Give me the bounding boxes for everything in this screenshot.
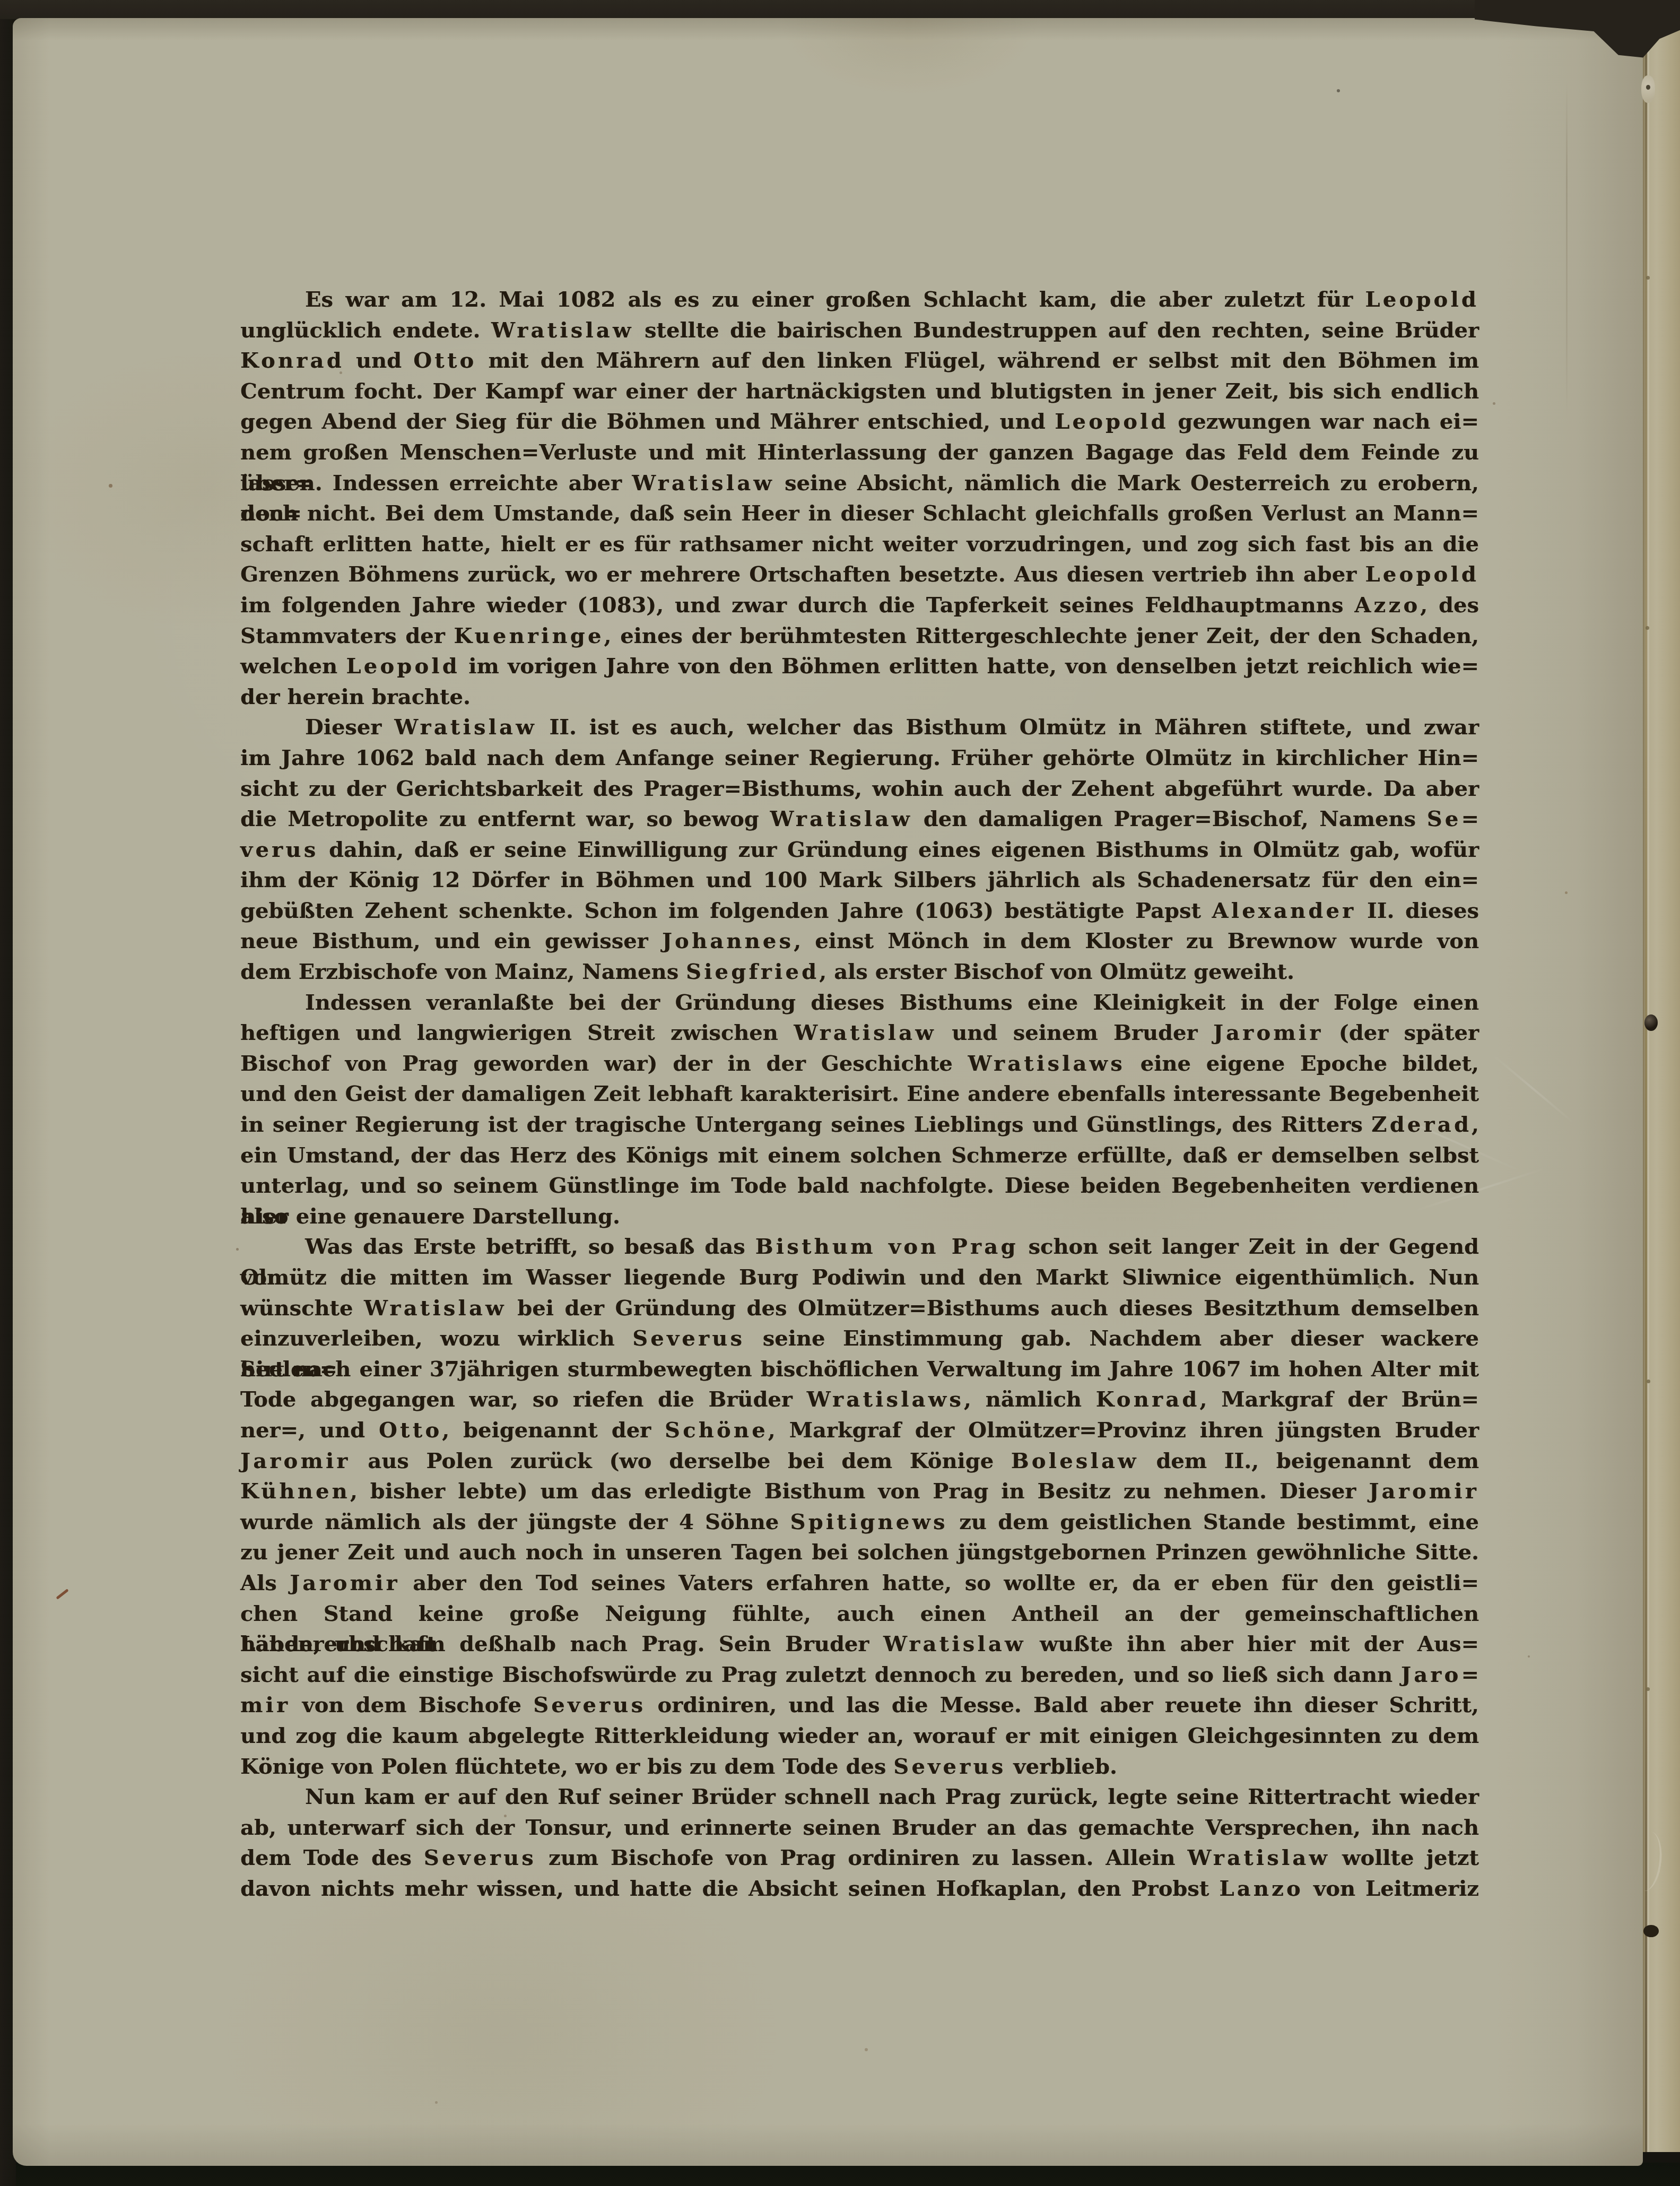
text-line: Grenzen Böhmens zurück, wo er mehrere Or… (240, 559, 1479, 590)
text-line: ner=, und Otto, beigenannt der Schöne, M… (240, 1415, 1479, 1446)
text-line: in seiner Regierung ist der tragische Un… (240, 1109, 1479, 1140)
text-line: mir von dem Bischofe Severus ordiniren, … (240, 1690, 1479, 1721)
text-line: Jaromir aus Polen zurück (wo derselbe be… (240, 1446, 1479, 1477)
spaced-proper-name: Wratislaw (394, 715, 537, 740)
text-line: im Jahre 1062 bald nach dem Anfange sein… (240, 743, 1479, 774)
text-line: Nun kam er auf den Ruf seiner Brüder sch… (240, 1782, 1479, 1812)
spaced-proper-name: Severus (893, 1754, 1006, 1779)
spaced-proper-name: Konrad (1096, 1387, 1200, 1412)
spaced-proper-name: Schöne (665, 1418, 768, 1443)
paragraph: Es war am 12. Mai 1082 als es zu einer g… (240, 284, 1479, 712)
text-line: Dieser Wratislaw II. ist es auch, welche… (240, 712, 1479, 743)
text-line: heftigen und langwierigen Streit zwische… (240, 1018, 1479, 1048)
text-line: schaft erlitten hatte, hielt er es für r… (240, 529, 1479, 560)
text-line: ab, unterwarf sich der Tonsur, und erinn… (240, 1812, 1479, 1843)
text-line: unglücklich endete. Wratislaw stellte di… (240, 315, 1479, 346)
text-line: Bischof von Prag geworden war) der in de… (240, 1048, 1479, 1079)
text-line: nem großen Menschen=Verluste und mit Hin… (240, 437, 1479, 468)
text-line: hirt nach einer 37jährigen sturmbewegten… (240, 1354, 1479, 1385)
text-line: ihm der König 12 Dörfer in Böhmen und 10… (240, 865, 1479, 896)
text-line: Stammvaters der Kuenringe, eines der ber… (240, 621, 1479, 652)
paper-crease (1566, 80, 1568, 419)
text-line: einzuverleiben, wozu wirklich Severus se… (240, 1323, 1479, 1354)
spaced-proper-name: Kuenringe (454, 623, 604, 648)
spaced-proper-name: Leopold (1365, 562, 1479, 587)
spaced-proper-name: Wratislaws (807, 1387, 964, 1412)
spaced-proper-name: Leopold (1365, 287, 1479, 312)
spaced-proper-name: Wratislaw (770, 806, 912, 831)
text-line: Könige von Polen flüchtete, wo er bis zu… (240, 1751, 1479, 1782)
text-line: Kühnen, bisher lebte) um das erledigte B… (240, 1476, 1479, 1507)
spaced-proper-name: Jaromir (240, 1448, 351, 1473)
paragraph: Dieser Wratislaw II. ist es auch, welche… (240, 712, 1479, 987)
text-line: Centrum focht. Der Kampf war einer der h… (240, 376, 1479, 407)
sewing-hole (1646, 1687, 1650, 1691)
text-line: die Metropolite zu entfernt war, so bewo… (240, 804, 1479, 835)
text-line: lassen. Indessen erreichte aber Wratisla… (240, 468, 1479, 499)
text-line: wurde nämlich als der jüngste der 4 Söhn… (240, 1507, 1479, 1538)
spaced-proper-name: Wratislaw (794, 1020, 936, 1045)
spaced-proper-name: Konrad (240, 348, 344, 373)
foxing-speck (1493, 402, 1495, 405)
text-line: und den Geist der damaligen Zeit lebhaft… (240, 1079, 1479, 1109)
scanned-book-page: Es war am 12. Mai 1082 als es zu einer g… (0, 0, 1680, 2186)
text-line: und zog die kaum abgelegte Ritterkleidun… (240, 1721, 1479, 1751)
text-line: Konrad und Otto mit den Mährern auf den … (240, 345, 1479, 376)
text-line: dem Erzbischofe von Mainz, Namens Siegfr… (240, 957, 1479, 987)
text-line: Es war am 12. Mai 1082 als es zu einer g… (240, 284, 1479, 315)
text-line: Olmütz die mitten im Wasser liegende Bur… (240, 1262, 1479, 1293)
spaced-proper-name: Lanzo (1219, 1876, 1303, 1901)
spaced-proper-name: Wratislaw (1187, 1845, 1330, 1870)
text-line: Als Jaromir aber den Tod seines Vaters e… (240, 1568, 1479, 1599)
spaced-proper-name: Johannes (662, 929, 794, 953)
spaced-proper-name: Jaromir (1369, 1479, 1479, 1504)
paragraph: Indessen veranlaßte bei der Gründung die… (240, 987, 1479, 1232)
spaced-proper-name: Bisthum von Prag (755, 1234, 1019, 1259)
text-line: dem Tode des Severus zum Bischofe von Pr… (240, 1843, 1479, 1873)
page-text-block: Es war am 12. Mai 1082 als es zu einer g… (240, 284, 1479, 1904)
spaced-proper-name: mir (240, 1693, 290, 1717)
spaced-proper-name: Wratislaw (491, 318, 634, 343)
text-line: im folgenden Jahre wieder (1083), und zw… (240, 590, 1479, 621)
spaced-proper-name: Boleslaw (1011, 1448, 1139, 1473)
spaced-proper-name: Se (1427, 806, 1461, 831)
ink-speck (1337, 89, 1340, 92)
text-line: wünschte Wratislaw bei der Gründung des … (240, 1293, 1479, 1324)
text-line: unterlag, und so seinem Günstlinge im To… (240, 1170, 1479, 1201)
spaced-proper-name: Siegfried (686, 959, 819, 984)
spaced-proper-name: Wratislaws (968, 1051, 1125, 1076)
foxing-speck (435, 2101, 438, 2104)
text-line: noch nicht. Bei dem Umstande, daß sein H… (240, 498, 1479, 529)
text-line: welchen Leopold im vorigen Jahre von den… (240, 651, 1479, 682)
text-line: ein Umstand, der das Herz des Königs mit… (240, 1140, 1479, 1171)
foxing-speck (1565, 891, 1568, 894)
spaced-proper-name: Otto (379, 1418, 442, 1443)
sewing-hole (1646, 626, 1649, 630)
text-line: zu jener Zeit und auch noch in unseren T… (240, 1537, 1479, 1568)
text-line: davon nichts mehr wissen, und hatte die … (240, 1873, 1479, 1904)
spaced-proper-name: Severus (632, 1326, 745, 1351)
text-line: gegen Abend der Sieg für die Böhmen und … (240, 406, 1479, 437)
spaced-proper-name: Jaro (1401, 1662, 1461, 1687)
spaced-proper-name: Jaromir (1213, 1020, 1324, 1045)
spaced-proper-name: Jaromir (290, 1571, 400, 1595)
spaced-proper-name: Severus (424, 1845, 536, 1870)
foxing-speck (865, 2048, 868, 2051)
paragraph: Nun kam er auf den Ruf seiner Brüder sch… (240, 1782, 1479, 1904)
spaced-proper-name: Zderad (1371, 1112, 1472, 1137)
spaced-proper-name: Spitignews (790, 1510, 948, 1534)
text-line: neue Bisthum, und ein gewisser Johannes,… (240, 926, 1479, 957)
text-line: sicht zu der Gerichtsbarkeit des Prager=… (240, 774, 1479, 804)
foxing-speck (109, 484, 112, 488)
spaced-proper-name: verus (240, 837, 318, 862)
text-line: sicht auf die einstige Bischofswürde zu … (240, 1660, 1479, 1690)
binding-thread-knot (1641, 75, 1655, 103)
foxing-speck (1528, 1655, 1530, 1658)
spaced-proper-name: Wratislaw (883, 1632, 1026, 1656)
spaced-proper-name: Leopold (346, 654, 459, 679)
text-line: Indessen veranlaßte bei der Gründung die… (240, 987, 1479, 1018)
sewing-hole (1646, 276, 1650, 280)
text-line: der herein brachte. (240, 682, 1479, 713)
text-line: gebüßten Zehent schenkte. Schon im folge… (240, 896, 1479, 926)
text-line: Was das Erste betrifft, so besaß das Bis… (240, 1231, 1479, 1262)
text-line: haben, und kam deßhalb nach Prag. Sein B… (240, 1629, 1479, 1660)
spaced-proper-name: Alexander (1212, 898, 1356, 923)
foxing-speck (236, 1248, 239, 1251)
spaced-proper-name: Leopold (1055, 409, 1168, 434)
text-line: Tode abgegangen war, so riefen die Brüde… (240, 1384, 1479, 1415)
sewing-hole (1647, 1380, 1650, 1383)
binding-stitch-blob (1644, 1014, 1658, 1031)
spaced-proper-name: Otto (413, 348, 476, 373)
spaced-proper-name: Severus (533, 1693, 646, 1717)
text-line: verus dahin, daß er seine Einwilligung z… (240, 835, 1479, 865)
text-line: hier eine genauere Darstellung. (240, 1201, 1479, 1232)
text-line: chen Stand keine große Neigung fühlte, a… (240, 1599, 1479, 1629)
spaced-proper-name: Wratislaw (364, 1296, 507, 1321)
paragraph: Was das Erste betrifft, so besaß das Bis… (240, 1231, 1479, 1782)
spaced-proper-name: Kühnen (240, 1479, 350, 1504)
spaced-proper-name: Wratislaw (632, 471, 774, 496)
binding-stitch-blob (1643, 1925, 1659, 1937)
spaced-proper-name: Azzo (1354, 593, 1420, 618)
